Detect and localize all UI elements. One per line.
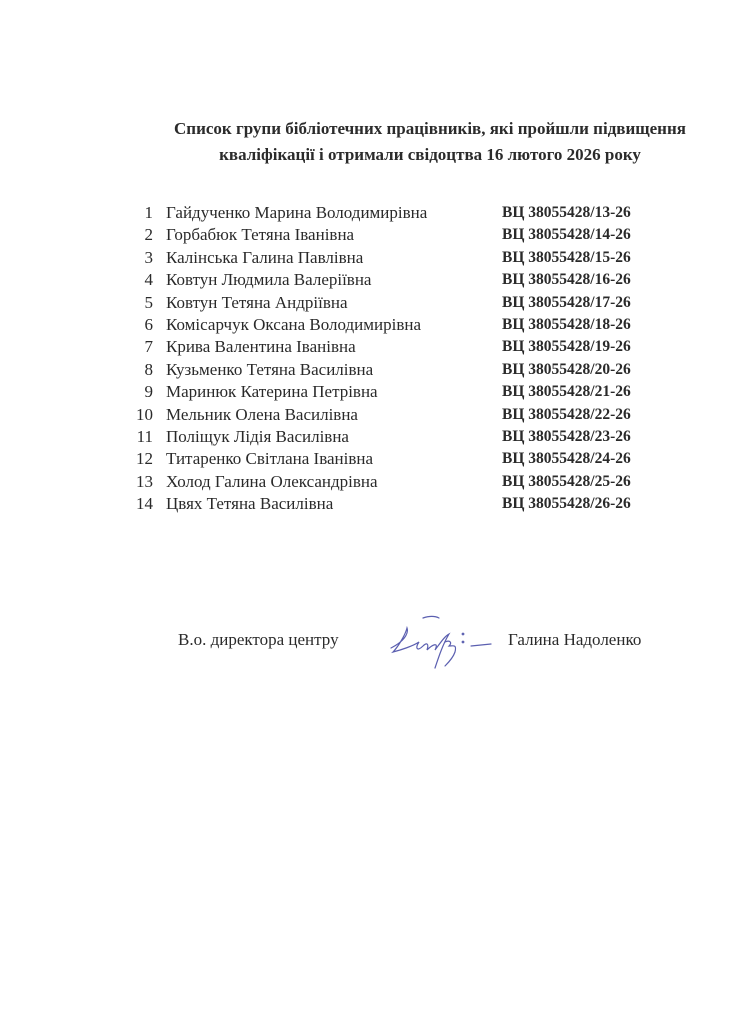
list-item: 13Холод Галина ОлександрівнаВЦ 38055428/… bbox=[130, 471, 670, 493]
list-item: 12Титаренко Світлана ІванівнаВЦ 38055428… bbox=[130, 448, 670, 470]
list-item: 2Горбабюк Тетяна ІванівнаВЦ 38055428/14-… bbox=[130, 224, 670, 246]
row-number: 7 bbox=[130, 336, 153, 358]
list-item: 5Ковтун Тетяна АндріївнаВЦ 38055428/17-2… bbox=[130, 292, 670, 314]
list-item: 1Гайдученко Марина ВолодимирівнаВЦ 38055… bbox=[130, 202, 670, 224]
row-number: 9 bbox=[130, 381, 153, 403]
certificate-number: ВЦ 38055428/23-26 bbox=[502, 426, 631, 448]
row-number: 14 bbox=[130, 493, 153, 515]
certificate-number: ВЦ 38055428/21-26 bbox=[502, 381, 631, 403]
certificate-number: ВЦ 38055428/22-26 bbox=[502, 404, 631, 426]
participant-name: Калінська Галина Павлівна bbox=[166, 247, 363, 269]
row-number: 10 bbox=[130, 404, 153, 426]
signatory-name: Галина Надоленко bbox=[508, 628, 641, 652]
list-item: 4Ковтун Людмила ВалеріївнаВЦ 38055428/16… bbox=[130, 269, 670, 291]
certificate-number: ВЦ 38055428/25-26 bbox=[502, 471, 631, 493]
list-item: 3Калінська Галина ПавлівнаВЦ 38055428/15… bbox=[130, 247, 670, 269]
row-number: 6 bbox=[130, 314, 153, 336]
certificate-number: ВЦ 38055428/24-26 bbox=[502, 448, 631, 470]
participant-name: Маринюк Катерина Петрівна bbox=[166, 381, 378, 403]
list-item: 14Цвях Тетяна ВасилівнаВЦ 38055428/26-26 bbox=[130, 493, 670, 515]
list-item: 6Комісарчук Оксана ВолодимирівнаВЦ 38055… bbox=[130, 314, 670, 336]
row-number: 3 bbox=[130, 247, 153, 269]
row-number: 4 bbox=[130, 269, 153, 291]
row-number: 2 bbox=[130, 224, 153, 246]
signatory-role: В.о. директора центру bbox=[178, 628, 339, 652]
participant-name: Холод Галина Олександрівна bbox=[166, 471, 378, 493]
participant-name: Кузьменко Тетяна Василівна bbox=[166, 359, 373, 381]
participant-name: Ковтун Тетяна Андріївна bbox=[166, 292, 348, 314]
list-item: 7Крива Валентина ІванівнаВЦ 38055428/19-… bbox=[130, 336, 670, 358]
title-line-1: Список групи бібліотечних працівників, я… bbox=[130, 116, 730, 142]
document-title: Список групи бібліотечних працівників, я… bbox=[130, 116, 730, 168]
certificate-number: ВЦ 38055428/20-26 bbox=[502, 359, 631, 381]
participant-name: Титаренко Світлана Іванівна bbox=[166, 448, 373, 470]
participant-name: Поліщук Лідія Василівна bbox=[166, 426, 349, 448]
title-line-2: кваліфікації і отримали свідоцтва 16 лют… bbox=[130, 142, 730, 168]
participant-name: Комісарчук Оксана Володимирівна bbox=[166, 314, 421, 336]
list-item: 8Кузьменко Тетяна ВасилівнаВЦ 38055428/2… bbox=[130, 359, 670, 381]
participant-name: Гайдученко Марина Володимирівна bbox=[166, 202, 427, 224]
handwritten-signature-icon bbox=[383, 612, 503, 679]
row-number: 1 bbox=[130, 202, 153, 224]
list-item: 9Маринюк Катерина ПетрівнаВЦ 38055428/21… bbox=[130, 381, 670, 403]
list-item: 11Поліщук Лідія ВасилівнаВЦ 38055428/23-… bbox=[130, 426, 670, 448]
row-number: 8 bbox=[130, 359, 153, 381]
participant-name: Ковтун Людмила Валеріївна bbox=[166, 269, 371, 291]
participant-name: Цвях Тетяна Василівна bbox=[166, 493, 333, 515]
certificate-number: ВЦ 38055428/13-26 bbox=[502, 202, 631, 224]
participant-name: Мельник Олена Василівна bbox=[166, 404, 358, 426]
list-item: 10Мельник Олена ВасилівнаВЦ 38055428/22-… bbox=[130, 404, 670, 426]
certificate-number: ВЦ 38055428/14-26 bbox=[502, 224, 631, 246]
row-number: 11 bbox=[130, 426, 153, 448]
participant-name: Крива Валентина Іванівна bbox=[166, 336, 356, 358]
row-number: 5 bbox=[130, 292, 153, 314]
participants-list: 1Гайдученко Марина ВолодимирівнаВЦ 38055… bbox=[130, 202, 670, 515]
row-number: 12 bbox=[130, 448, 153, 470]
certificate-number: ВЦ 38055428/18-26 bbox=[502, 314, 631, 336]
row-number: 13 bbox=[130, 471, 153, 493]
certificate-number: ВЦ 38055428/19-26 bbox=[502, 336, 631, 358]
certificate-number: ВЦ 38055428/17-26 bbox=[502, 292, 631, 314]
signature-block: В.о. директора центру Галина Надоленко bbox=[178, 624, 678, 664]
participant-name: Горбабюк Тетяна Іванівна bbox=[166, 224, 354, 246]
certificate-number: ВЦ 38055428/15-26 bbox=[502, 247, 631, 269]
certificate-number: ВЦ 38055428/26-26 bbox=[502, 493, 631, 515]
certificate-number: ВЦ 38055428/16-26 bbox=[502, 269, 631, 291]
